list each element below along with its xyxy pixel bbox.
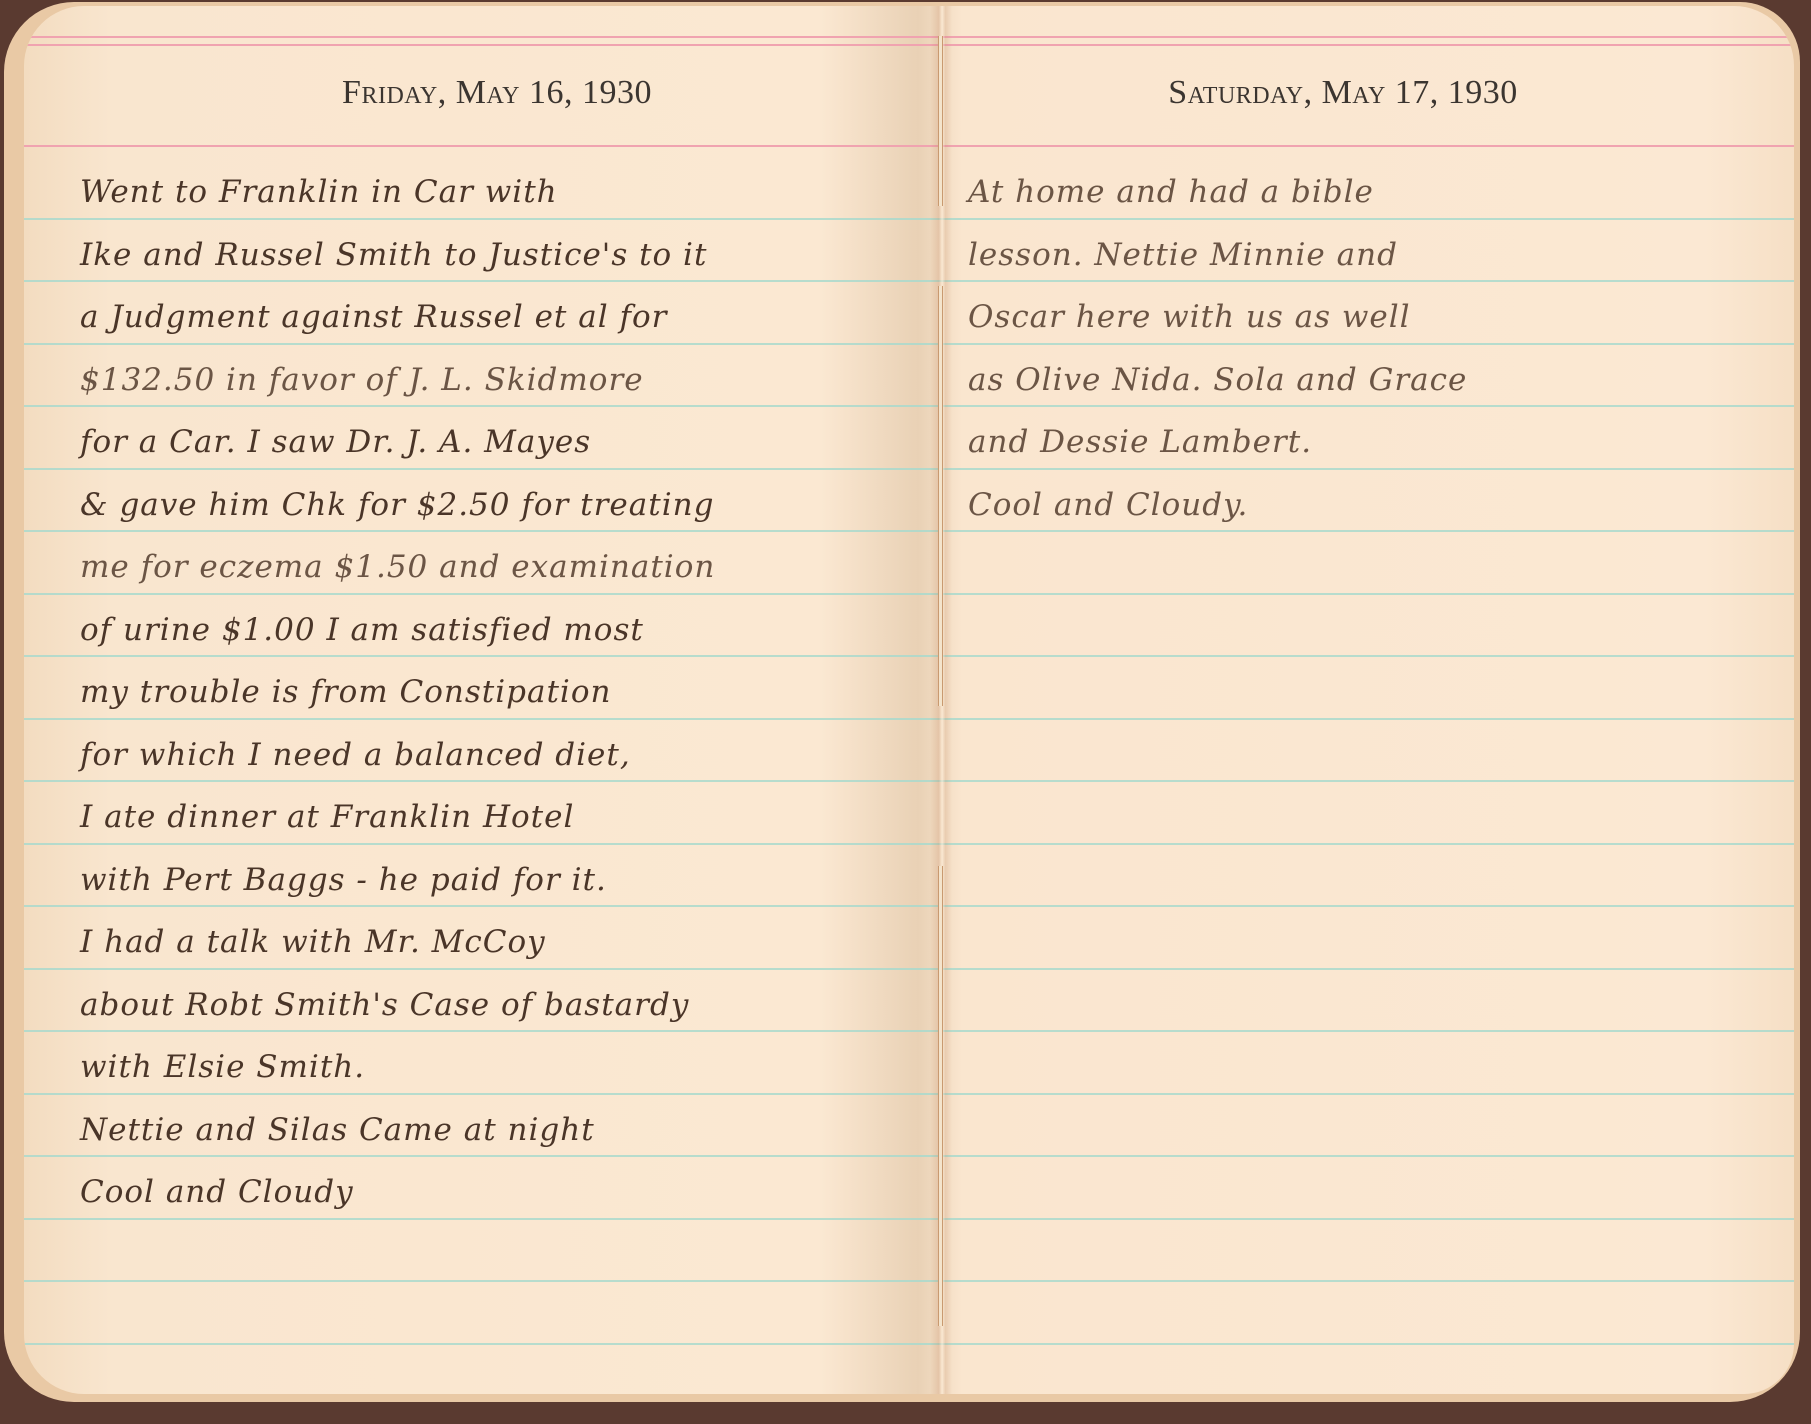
entry-line: for a Car. I saw Dr. J. A. Mayes bbox=[24, 411, 930, 474]
diary-spread: Friday, May 16, 1930 Went to Franklin in… bbox=[24, 6, 1794, 1394]
entry-line: I ate dinner at Franklin Hotel bbox=[24, 786, 930, 849]
entry-line: Nettie and Silas Came at night bbox=[24, 1099, 930, 1162]
entry-line: Went to Franklin in Car with bbox=[24, 161, 930, 224]
date-heading-right: Saturday, May 17, 1930 bbox=[952, 74, 1734, 112]
date-heading-left: Friday, May 16, 1930 bbox=[64, 74, 930, 112]
diary-entry-right: At home and had a bible lesson. Nettie M… bbox=[952, 161, 1794, 536]
entry-line: me for eczema $1.50 and examination bbox=[24, 536, 930, 599]
binding-stitch bbox=[938, 36, 943, 206]
entry-line: about Robt Smith's Case of bastardy bbox=[24, 974, 930, 1037]
entry-line: Ike and Russel Smith to Justice's to it bbox=[24, 224, 930, 287]
right-page: Saturday, May 17, 1930 At home and had a… bbox=[952, 6, 1794, 1394]
entry-line: $132.50 in favor of J. L. Skidmore bbox=[24, 349, 930, 412]
binding-stitch bbox=[938, 286, 943, 706]
entry-line: for which I need a balanced diet, bbox=[24, 724, 930, 787]
entry-line: a Judgment against Russel et al for bbox=[24, 286, 930, 349]
entry-line: with Elsie Smith. bbox=[24, 1036, 930, 1099]
entry-line: my trouble is from Constipation bbox=[24, 661, 930, 724]
entry-line: lesson. Nettie Minnie and bbox=[952, 224, 1794, 287]
entry-line: of urine $1.00 I am satisfied most bbox=[24, 599, 930, 662]
entry-line: with Pert Baggs - he paid for it. bbox=[24, 849, 930, 912]
entry-line: I had a talk with Mr. McCoy bbox=[24, 911, 930, 974]
entry-line: & gave him Chk for $2.50 for treating bbox=[24, 474, 930, 537]
entry-line: At home and had a bible bbox=[952, 161, 1794, 224]
entry-line: as Olive Nida. Sola and Grace bbox=[952, 349, 1794, 412]
entry-line: and Dessie Lambert. bbox=[952, 411, 1794, 474]
diary-entry-left: Went to Franklin in Car with Ike and Rus… bbox=[24, 161, 930, 1224]
entry-line: Oscar here with us as well bbox=[952, 286, 1794, 349]
entry-line: Cool and Cloudy. bbox=[952, 474, 1794, 537]
entry-line: Cool and Cloudy bbox=[24, 1161, 930, 1224]
binding-stitch bbox=[938, 866, 943, 1326]
left-page: Friday, May 16, 1930 Went to Franklin in… bbox=[24, 6, 930, 1394]
